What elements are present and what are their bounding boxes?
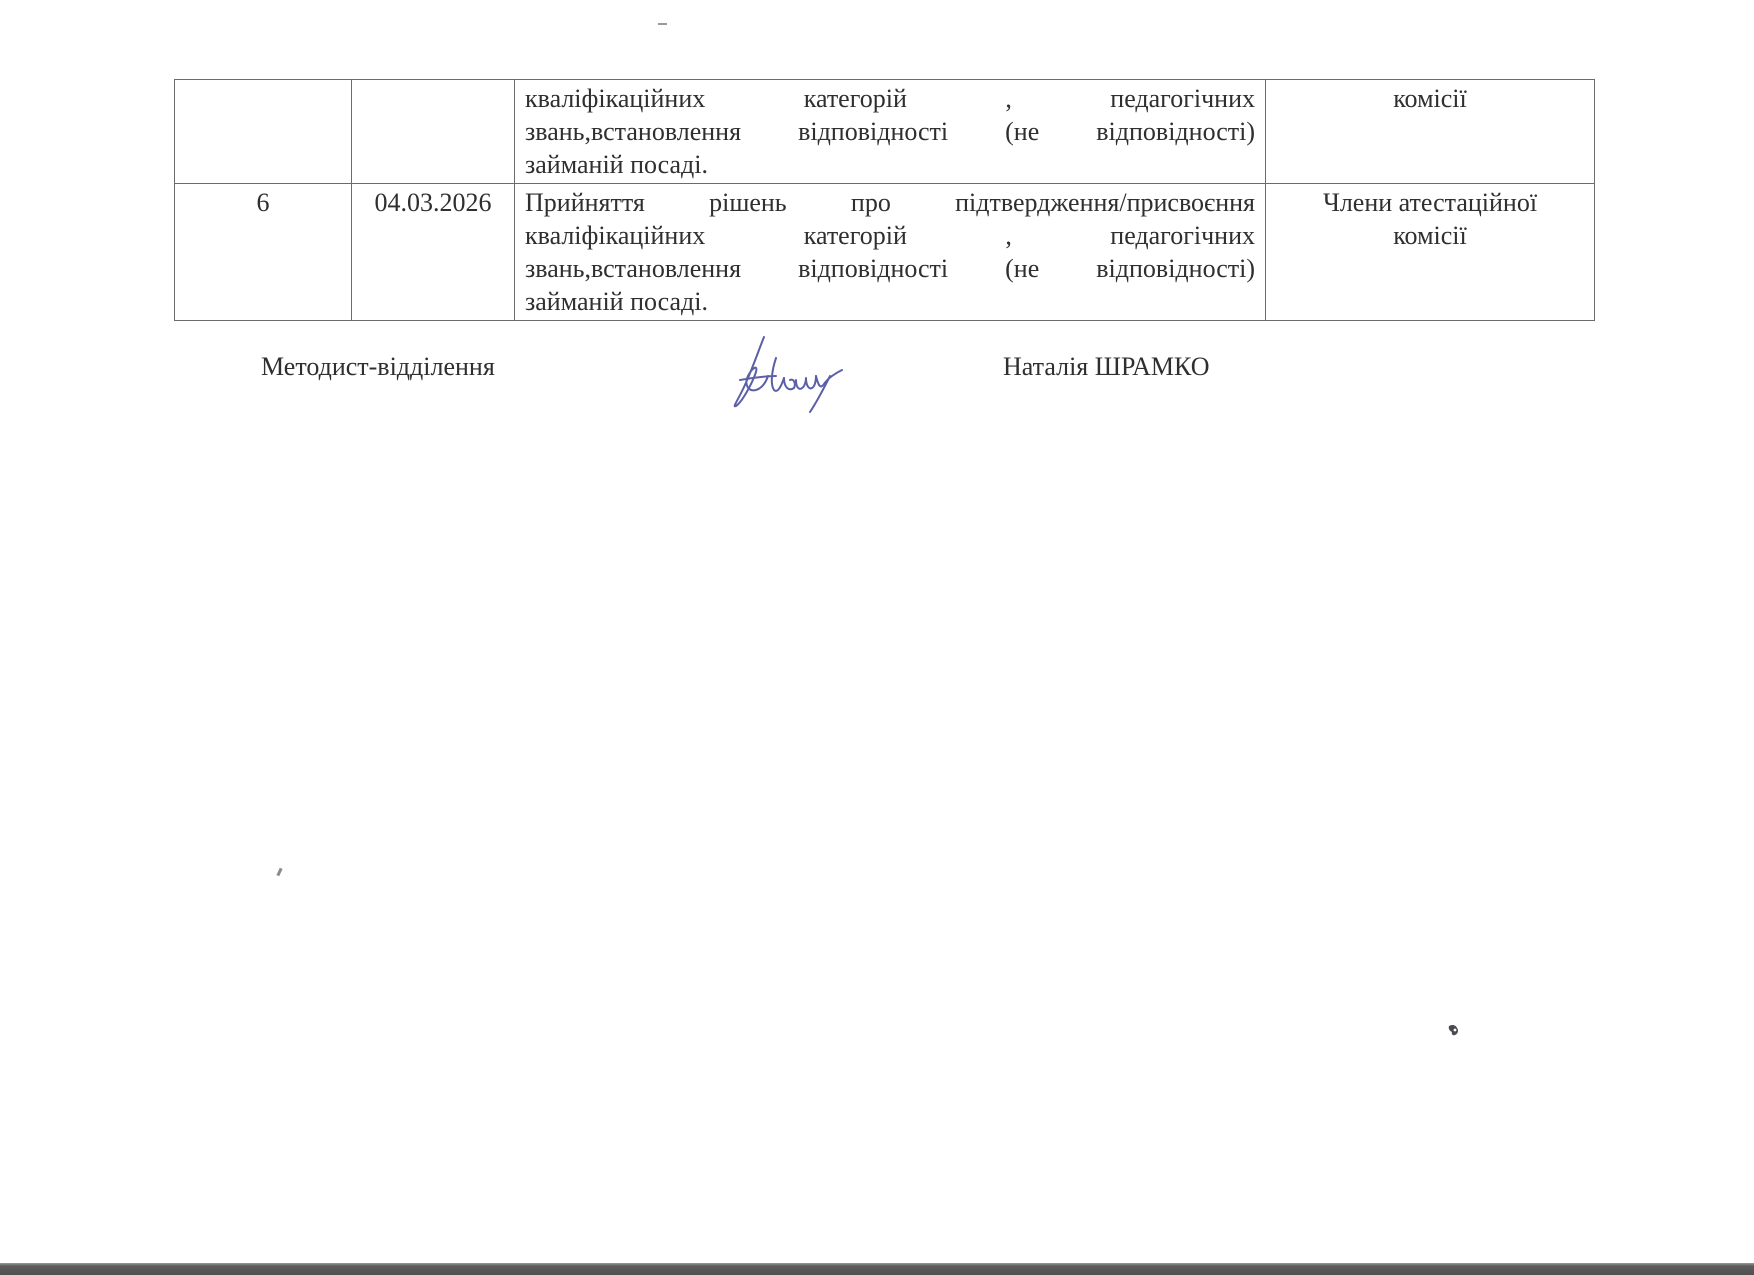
row-responsible-cell: комісії — [1266, 80, 1595, 184]
description-line: займаній посаді. — [525, 285, 1255, 318]
scanner-edge-band — [0, 1263, 1754, 1275]
signatory-name: Наталія ШРАМКО — [1003, 352, 1209, 382]
description-line: звань,встановлення відповідності (не від… — [525, 115, 1255, 148]
description-line: звань,встановлення відповідності (не від… — [525, 252, 1255, 285]
description-line: займаній посаді. — [525, 148, 1255, 181]
row-description-cell: Прийняття рішень про підтвердження/присв… — [515, 184, 1266, 321]
scan-artifact-dash — [658, 23, 667, 25]
description-line: Прийняття рішень про підтвердження/присв… — [525, 186, 1255, 219]
row-date-cell: 04.03.2026 — [352, 184, 515, 321]
description-line: кваліфікаційних категорій , педагогічних — [525, 219, 1255, 252]
ink-smudge-icon — [1446, 1022, 1462, 1038]
schedule-table: кваліфікаційних категорій , педагогічних… — [174, 79, 1595, 321]
responsible-line: Члени атестаційної — [1276, 186, 1584, 219]
row-number-cell — [175, 80, 352, 184]
scan-artifact-tick — [276, 868, 282, 877]
signatory-role: Методист-відділення — [261, 352, 495, 382]
table-row: 6 04.03.2026 Прийняття рішень про підтве… — [175, 184, 1595, 321]
row-responsible-cell: Члени атестаційної комісії — [1266, 184, 1595, 321]
responsible-line: комісії — [1276, 82, 1584, 115]
table-row: кваліфікаційних категорій , педагогічних… — [175, 80, 1595, 184]
row-number-cell: 6 — [175, 184, 352, 321]
row-date-cell — [352, 80, 515, 184]
scanned-page: кваліфікаційних категорій , педагогічних… — [0, 0, 1754, 1275]
description-line: кваліфікаційних категорій , педагогічних — [525, 82, 1255, 115]
responsible-line: комісії — [1276, 219, 1584, 252]
row-description-cell: кваліфікаційних категорій , педагогічних… — [515, 80, 1266, 184]
signature-icon — [722, 332, 852, 417]
